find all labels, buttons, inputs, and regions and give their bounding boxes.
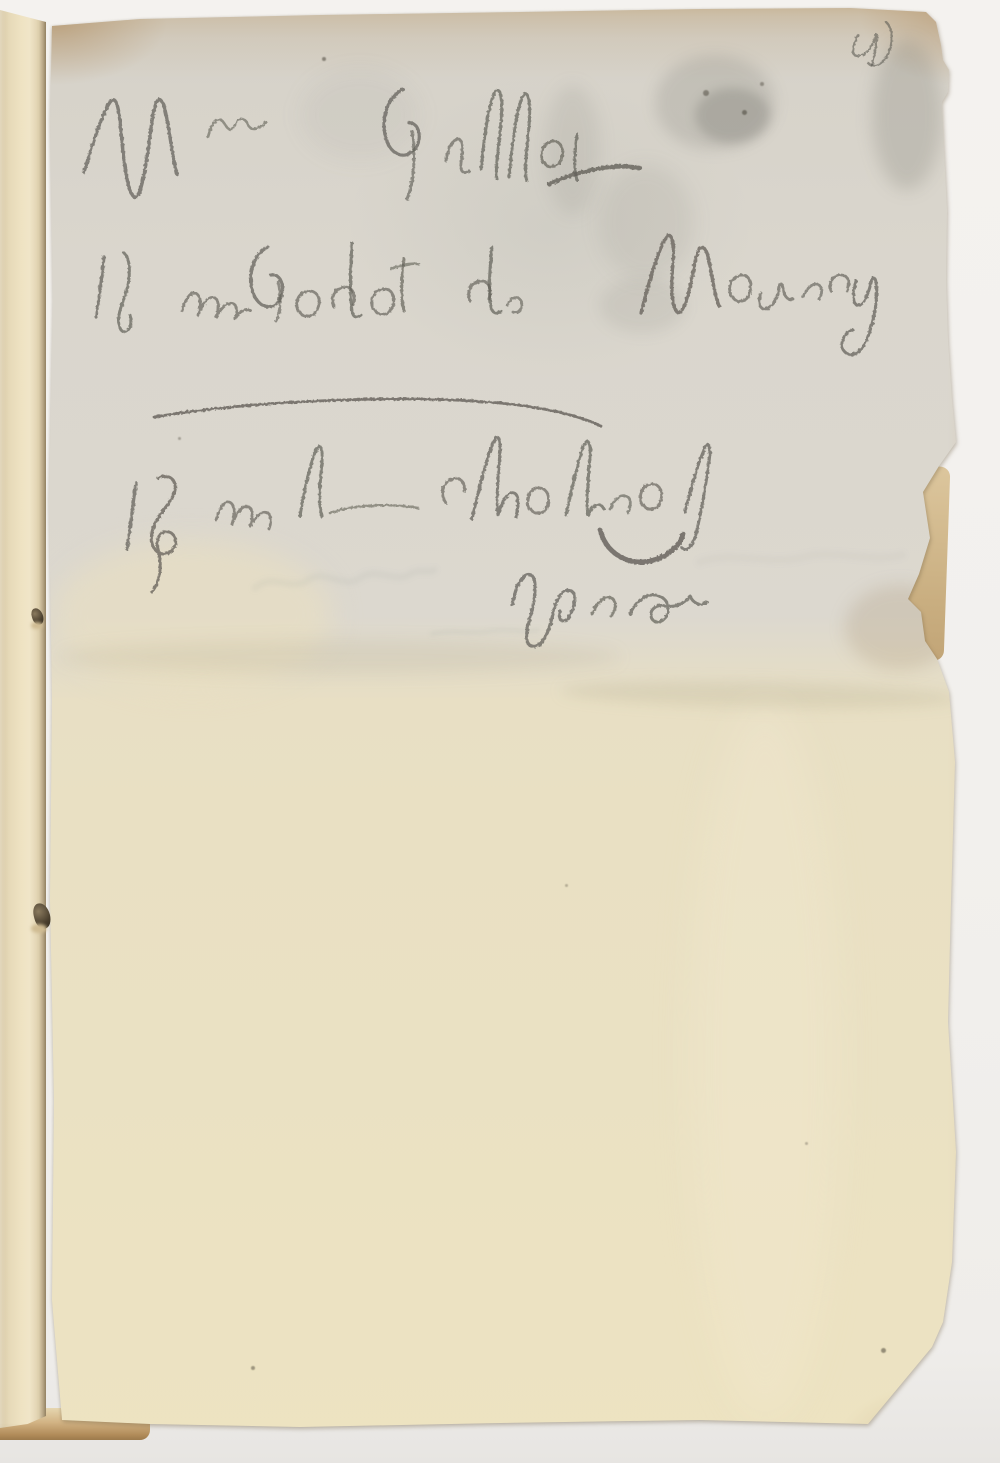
- paper-burn-corner-tl: [0, 0, 220, 140]
- paper-burn-bottom: [0, 1437, 1000, 1463]
- notebook-page: [0, 0, 1000, 1463]
- scanned-notebook-photo: Mme Guillot 18 rue Godot de Mauroy 18 ru…: [0, 0, 1000, 1463]
- speck: [322, 57, 326, 61]
- speck: [742, 110, 747, 115]
- speck: [760, 82, 764, 86]
- graphite-smudge: [300, 70, 420, 160]
- speck: [251, 1366, 255, 1370]
- paper-stain: [52, 540, 332, 690]
- paper-burn-right: [936, 0, 1000, 1463]
- graphite-smudge: [872, 40, 942, 190]
- speck: [881, 1348, 886, 1353]
- gutter-shadow: [0, 0, 30, 1463]
- paper-burn-corner-tr: [760, 0, 1000, 180]
- discolor-streak: [560, 678, 960, 712]
- speck: [565, 884, 568, 887]
- paper-tint: [270, 60, 830, 480]
- page-wrap: [0, 0, 1000, 1463]
- speck: [178, 437, 181, 440]
- stitch-hole-highlight: [31, 622, 43, 629]
- graphite-smudge: [598, 165, 693, 280]
- graphite-smudge: [545, 85, 600, 215]
- graphite-smudge: [695, 88, 770, 143]
- speck: [805, 1142, 808, 1145]
- edge-stain: [845, 585, 955, 670]
- paper-burn-top: [0, 0, 1000, 80]
- speck: [703, 90, 709, 96]
- discolor-streak: [60, 640, 620, 674]
- graphite-smudge: [600, 278, 685, 333]
- paper-burn-corner-br: [780, 1303, 1000, 1463]
- stitch-hole-highlight: [31, 924, 47, 933]
- graphite-smudge: [655, 55, 775, 150]
- paper-sheen: [690, 700, 840, 1420]
